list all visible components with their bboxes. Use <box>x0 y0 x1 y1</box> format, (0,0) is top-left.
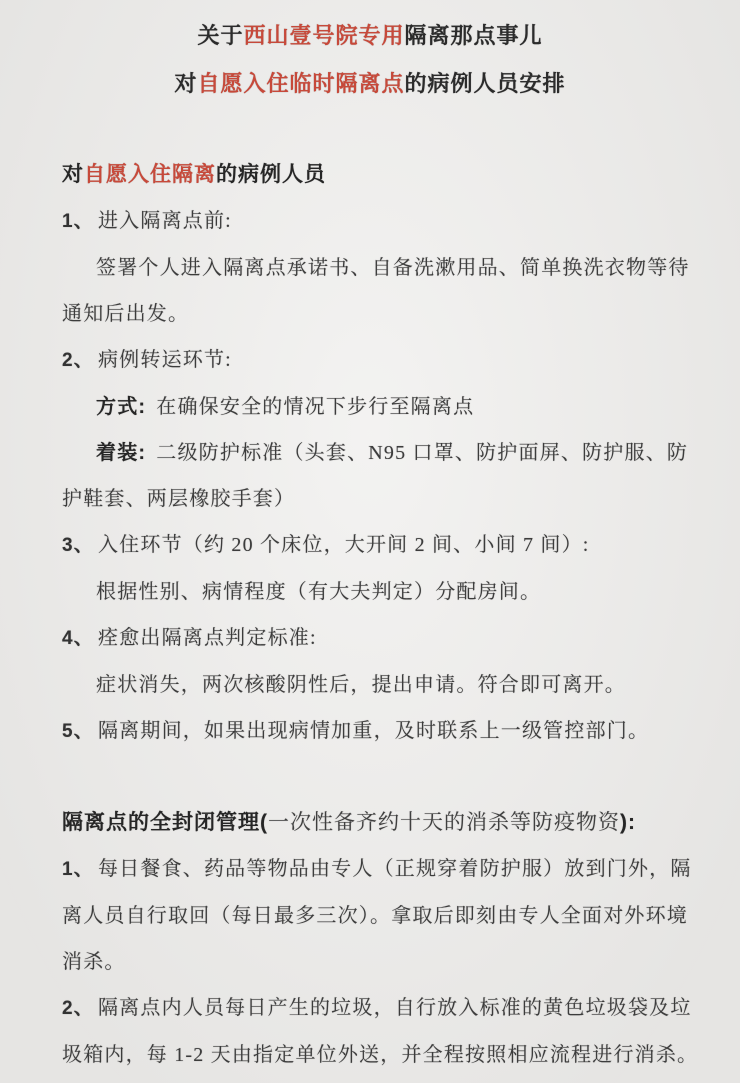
s1-item5-lead: 5、隔离期间，如果出现病情加重，及时联系上一级管控部门。 <box>62 708 692 755</box>
s1-item2-dress-line2: 护鞋套、两层橡胶手套） <box>62 476 692 522</box>
mode-text: 在确保安全的情况下步行至隔离点 <box>156 396 474 418</box>
s2-heading-bold-close: ): <box>620 811 636 834</box>
dress-label: 着装: <box>96 442 146 464</box>
s1-item4-text: 痊愈出隔离点判定标准: <box>98 627 317 649</box>
s2-item2-text1: 隔离点内人员每日产生的垃圾，自行放入标准的黄色垃圾袋及垃 <box>98 997 692 1019</box>
s1-heading-prefix: 对 <box>62 163 84 186</box>
title2-prefix: 对 <box>174 71 197 96</box>
title2-red-highlight: 自愿入住临时隔离点 <box>197 71 404 96</box>
item-number: 1、 <box>62 859 94 880</box>
s1-heading-red-highlight: 自愿入住隔离 <box>84 163 216 186</box>
s1-item2-text: 病例转运环节: <box>98 349 232 371</box>
s1-heading-suffix: 的病例人员 <box>216 163 326 186</box>
s1-item1-body-line2: 通知后出发。 <box>62 291 692 337</box>
document-body: 对自愿入住隔离的病例人员 1、进入隔离点前: 签署个人进入隔离点承诺书、自备洗漱… <box>0 152 740 1078</box>
item-number: 5、 <box>62 721 94 742</box>
title1-prefix: 关于 <box>197 23 243 48</box>
document-title-line2: 对自愿入住临时隔离点的病例人员安排 <box>0 60 740 108</box>
s1-item3-text: 入住环节（约 20 个床位，大开间 2 间、小间 7 间）: <box>98 534 590 556</box>
section1-heading: 对自愿入住隔离的病例人员 <box>62 152 692 198</box>
s1-item2-lead: 2、病例转运环节: <box>62 337 692 384</box>
s2-item1-text1: 每日餐食、药品等物品由专人（正规穿着防护服）放到门外，隔 <box>98 858 692 880</box>
s1-item1-body-line1: 签署个人进入隔离点承诺书、自备洗漱用品、简单换洗衣物等待 <box>62 245 692 291</box>
s2-item2-line2: 圾箱内，每 1-2 天由指定单位外送，并全程按照相应流程进行消杀。 <box>62 1032 692 1078</box>
s1-item3-lead: 3、入住环节（约 20 个床位，大开间 2 间、小间 7 间）: <box>62 522 692 569</box>
document-page: 关于西山壹号院专用隔离那点事儿 对自愿入住临时隔离点的病例人员安排 对自愿入住隔… <box>0 0 740 1083</box>
s1-item5-text: 隔离期间，如果出现病情加重，及时联系上一级管控部门。 <box>98 720 649 742</box>
s1-item2-dress-line1: 着装:二级防护标准（头套、N95 口罩、防护面屏、防护服、防 <box>62 430 692 476</box>
title2-suffix: 的病例人员安排 <box>405 71 566 96</box>
s2-heading-bold-open: 隔离点的全封闭管理( <box>62 811 268 834</box>
s1-item3-body: 根据性别、病情程度（有大夫判定）分配房间。 <box>62 569 692 615</box>
item-number: 2、 <box>62 350 94 371</box>
section2-heading: 隔离点的全封闭管理(一次性备齐约十天的消杀等防疫物资): <box>62 799 692 846</box>
title1-red-highlight: 西山壹号院专用 <box>243 23 404 48</box>
s1-item1-lead: 1、进入隔离点前: <box>62 198 692 245</box>
title1-suffix: 隔离那点事儿 <box>405 23 543 48</box>
item-number: 3、 <box>62 535 94 556</box>
item-number: 2、 <box>62 998 94 1019</box>
s2-heading-paren-note: 一次性备齐约十天的消杀等防疫物资 <box>268 810 620 834</box>
s1-item4-lead: 4、痊愈出隔离点判定标准: <box>62 615 692 662</box>
s2-item1-line1: 1、每日餐食、药品等物品由专人（正规穿着防护服）放到门外，隔 <box>62 846 692 893</box>
s1-item4-body: 症状消失，两次核酸阴性后，提出申请。符合即可离开。 <box>62 662 692 708</box>
mode-label: 方式: <box>96 396 146 418</box>
s1-item2-mode-line: 方式:在确保安全的情况下步行至隔离点 <box>62 384 692 430</box>
item-number: 4、 <box>62 628 94 649</box>
item-number: 1、 <box>62 211 94 232</box>
document-title-line1: 关于西山壹号院专用隔离那点事儿 <box>0 12 740 60</box>
s1-item1-text: 进入隔离点前: <box>98 210 232 232</box>
s2-item2-line1: 2、隔离点内人员每日产生的垃圾，自行放入标准的黄色垃圾袋及垃 <box>62 985 692 1032</box>
s2-item1-line3: 消杀。 <box>62 939 692 985</box>
s2-item1-line2: 离人员自行取回（每日最多三次）。拿取后即刻由专人全面对外环境 <box>62 893 692 939</box>
dress-text: 二级防护标准（头套、N95 口罩、防护面屏、防护服、防 <box>156 442 688 464</box>
